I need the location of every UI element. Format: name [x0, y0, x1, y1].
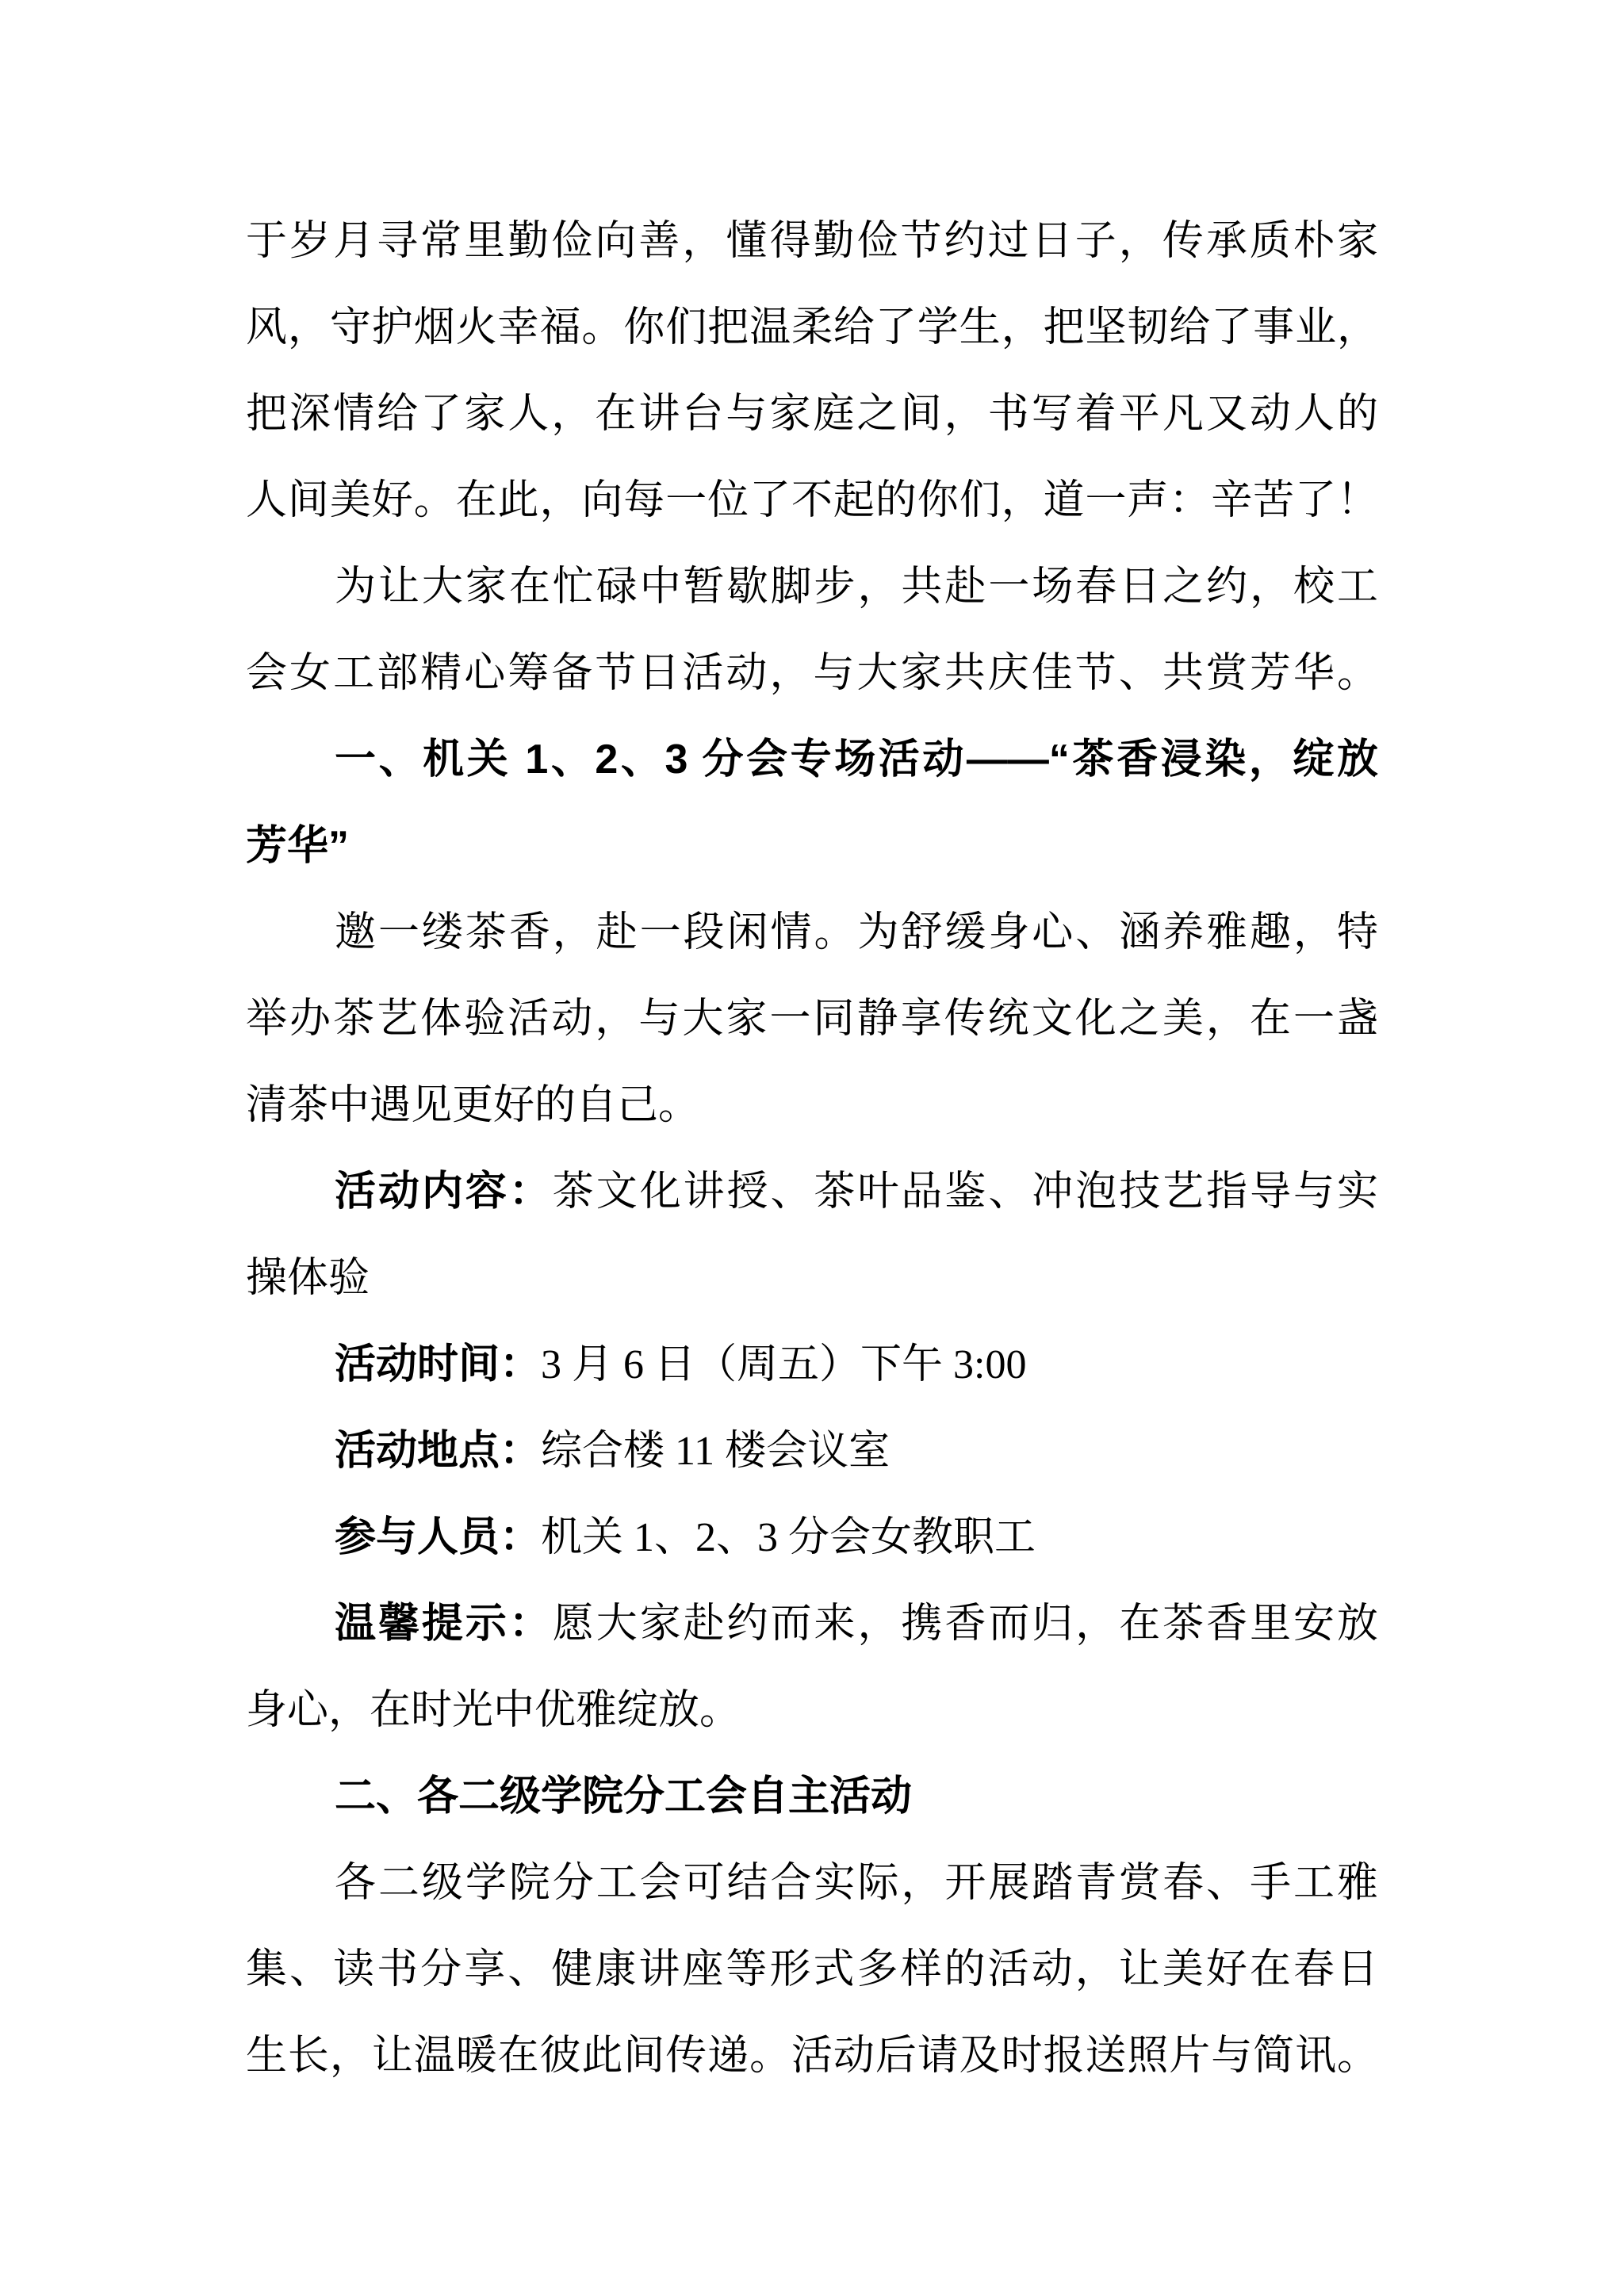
section-1-heading-line-2: 芳华”: [246, 803, 1378, 890]
participants-label: 参与人员：: [335, 1514, 541, 1560]
activity-content-label: 活动内容：: [335, 1169, 553, 1215]
para-tea-intro-line-2: 举办茶艺体验活动，与大家一同静享传统文化之美，在一盏: [246, 976, 1378, 1062]
activity-location-label: 活动地点：: [335, 1428, 541, 1474]
warm-tips-value: 身心，在时光中优雅绽放。: [246, 1688, 741, 1733]
activity-content-value: 茶文化讲授、茶叶品鉴、冲泡技艺指导与实: [553, 1169, 1378, 1215]
warm-tips-label: 温馨提示：: [335, 1601, 553, 1647]
para-invite-line-2: 会女工部精心筹备节日活动，与大家共庆佳节、共赏芳华。: [246, 630, 1378, 717]
line-text: 集、读书分享、健康讲座等形式多样的活动，让美好在春日: [246, 1947, 1378, 1992]
field-warm-tips-line-2: 身心，在时光中优雅绽放。: [246, 1667, 1378, 1754]
activity-location-value: 综合楼 11 楼会议室: [541, 1429, 890, 1474]
line-text: 把深情给了家人，在讲台与家庭之间，书写着平凡又动人的: [246, 392, 1378, 437]
para-invite-line-1: 为让大家在忙碌中暂歇脚步，共赴一场春日之约，校工: [246, 544, 1378, 630]
line-text: 举办茶艺体验活动，与大家一同静享传统文化之美，在一盏: [246, 997, 1378, 1042]
para-opening-line-2: 风，守护烟火幸福。你们把温柔给了学生，把坚韧给了事业，: [246, 285, 1378, 371]
field-activity-content-line-2: 操体验: [246, 1235, 1378, 1322]
line-text: 邀一缕茶香，赴一段闲情。为舒缓身心、涵养雅趣，特: [335, 910, 1378, 955]
line-text: 清茶中遇见更好的自己。: [246, 1083, 699, 1128]
line-text: 生长，让温暖在彼此间传递。活动后请及时报送照片与简讯。: [246, 2034, 1378, 2079]
para-opening-line-3: 把深情给了家人，在讲台与家庭之间，书写着平凡又动人的: [246, 371, 1378, 457]
line-text: 于岁月寻常里勤俭向善，懂得勤俭节约过日子，传承质朴家: [246, 219, 1378, 264]
line-text: 风，守护烟火幸福。你们把温柔给了学生，把坚韧给了事业，: [246, 305, 1378, 350]
section-1-heading-line-1: 一、机关 1、2、3 分会专场活动——“茶香浸染，绽放: [246, 717, 1378, 803]
para-college-activities-line-1: 各二级学院分工会可结合实际，开展踏青赏春、手工雅: [246, 1840, 1378, 1927]
activity-time-label: 活动时间：: [335, 1341, 541, 1387]
para-opening-line-4: 人间美好。在此，向每一位了不起的你们，道一声：辛苦了！: [246, 457, 1378, 544]
warm-tips-value: 愿大家赴约而来，携香而归，在茶香里安放: [553, 1601, 1378, 1647]
participants-value: 机关 1、2、3 分会女教职工: [541, 1515, 1036, 1560]
section-2-heading: 二、各二级学院分工会自主活动: [246, 1754, 1378, 1840]
para-tea-intro-line-3: 清茶中遇见更好的自己。: [246, 1062, 1378, 1149]
line-text: 各二级学院分工会可结合实际，开展踏青赏春、手工雅: [335, 1861, 1378, 1906]
activity-time-value: 3 月 6 日（周五）下午 3:00: [541, 1342, 1026, 1387]
document-page: 于岁月寻常里勤俭向善，懂得勤俭节约过日子，传承质朴家 风，守护烟火幸福。你们把温…: [0, 0, 1624, 2296]
para-college-activities-line-2: 集、读书分享、健康讲座等形式多样的活动，让美好在春日: [246, 1927, 1378, 2013]
heading-text: 芳华”: [246, 823, 349, 869]
field-activity-time: 活动时间：3 月 6 日（周五）下午 3:00: [246, 1322, 1378, 1408]
para-tea-intro-line-1: 邀一缕茶香，赴一段闲情。为舒缓身心、涵养雅趣，特: [246, 890, 1378, 976]
para-college-activities-line-3: 生长，让温暖在彼此间传递。活动后请及时报送照片与简讯。: [246, 2013, 1378, 2099]
heading-text: 一、机关 1、2、3 分会专场活动——“茶香浸染，绽放: [335, 737, 1378, 783]
line-text: 人间美好。在此，向每一位了不起的你们，道一声：辛苦了！: [246, 478, 1378, 523]
field-activity-content-line-1: 活动内容：茶文化讲授、茶叶品鉴、冲泡技艺指导与实: [246, 1149, 1378, 1235]
line-text: 会女工部精心筹备节日活动，与大家共庆佳节、共赏芳华。: [246, 651, 1378, 696]
activity-content-value: 操体验: [246, 1256, 370, 1301]
field-activity-location: 活动地点：综合楼 11 楼会议室: [246, 1408, 1378, 1494]
line-text: 为让大家在忙碌中暂歇脚步，共赴一场春日之约，校工: [335, 564, 1378, 610]
field-participants: 参与人员：机关 1、2、3 分会女教职工: [246, 1494, 1378, 1581]
para-opening-line-1: 于岁月寻常里勤俭向善，懂得勤俭节约过日子，传承质朴家: [246, 198, 1378, 285]
heading-text: 二、各二级学院分工会自主活动: [335, 1774, 912, 1820]
field-warm-tips-line-1: 温馨提示：愿大家赴约而来，携香而归，在茶香里安放: [246, 1581, 1378, 1667]
document-content: 于岁月寻常里勤俭向善，懂得勤俭节约过日子，传承质朴家 风，守护烟火幸福。你们把温…: [246, 198, 1378, 2099]
